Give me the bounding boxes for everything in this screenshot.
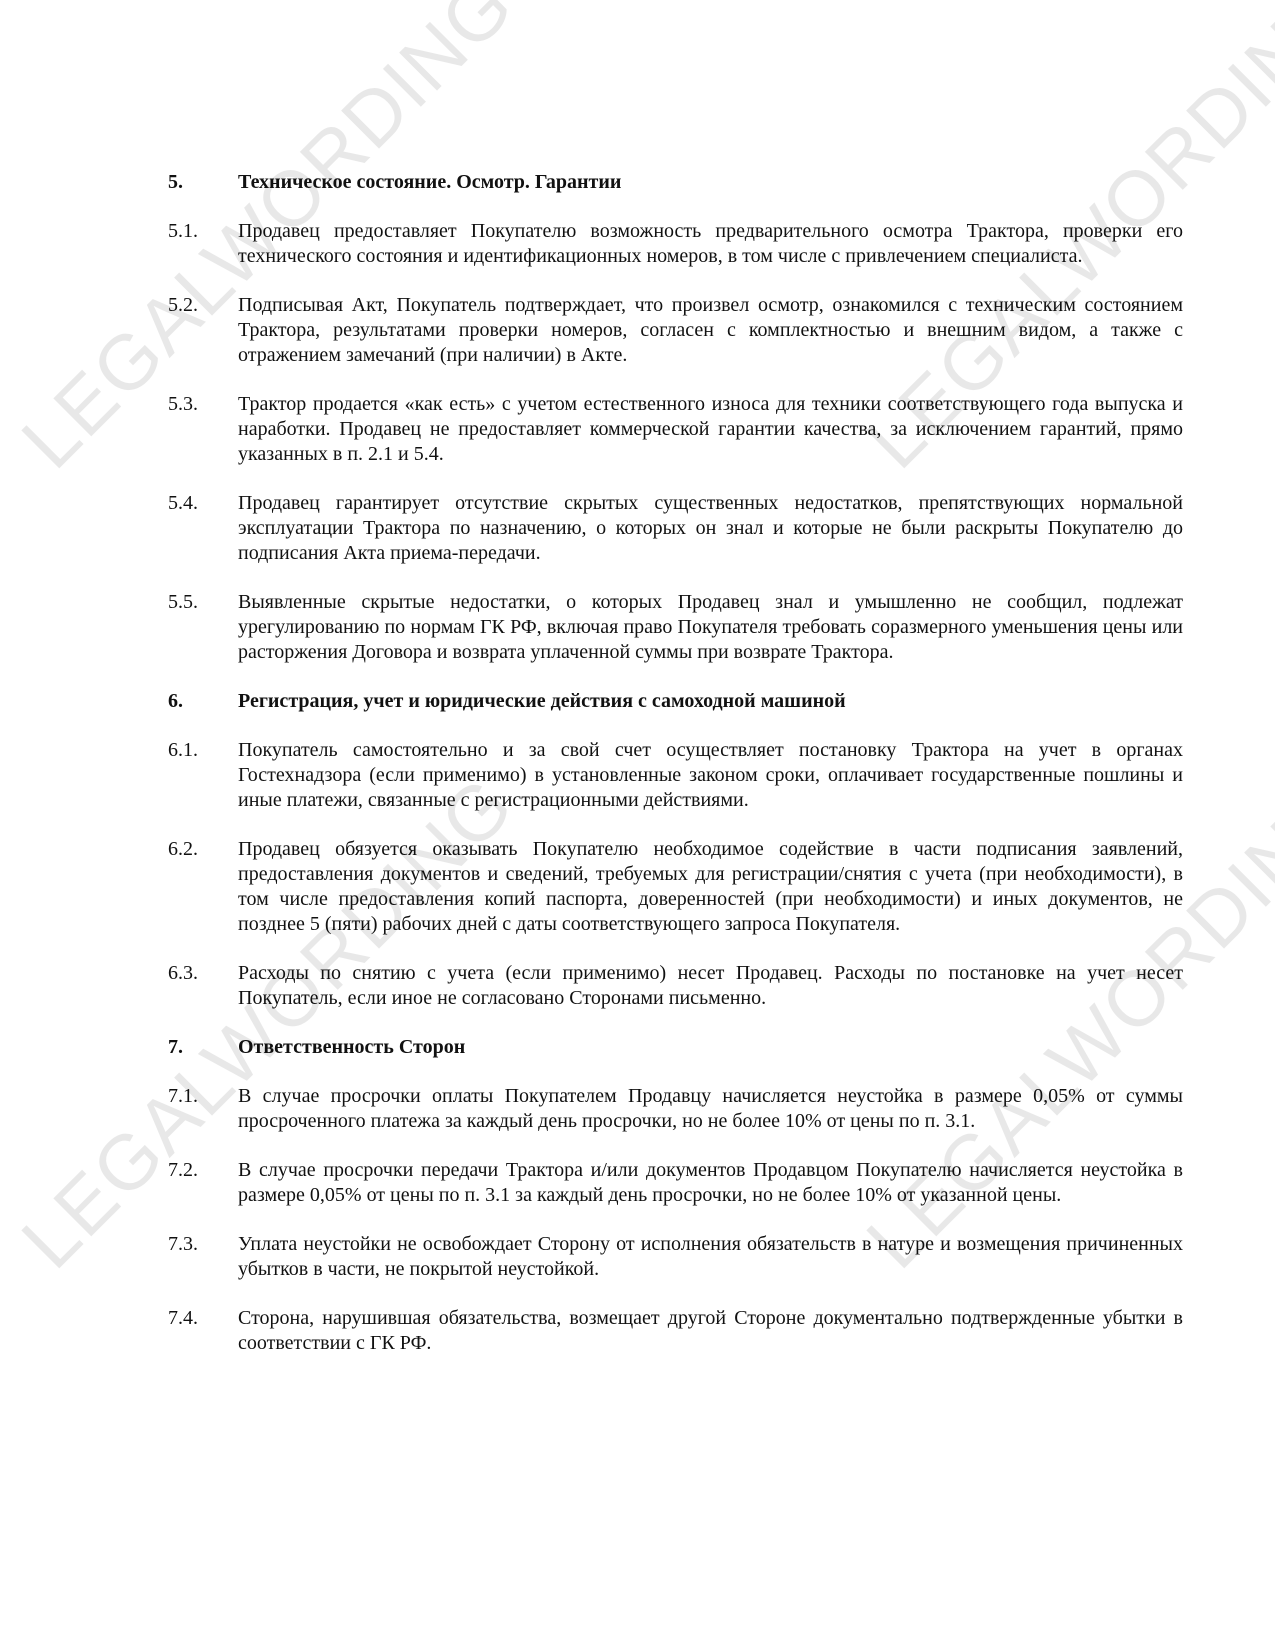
section-heading-5: 5. Техническое состояние. Осмотр. Гарант… [168, 170, 1183, 195]
clause-5-4: 5.4. Продавец гарантирует отсутствие скр… [168, 491, 1183, 566]
section-title: Ответственность Сторон [238, 1035, 1183, 1060]
clause-text: Продавец предоставляет Покупателю возмож… [238, 219, 1183, 269]
clause-7-4: 7.4. Сторона, нарушившая обязательства, … [168, 1306, 1183, 1356]
clause-text: Продавец обязуется оказывать Покупателю … [238, 837, 1183, 937]
clause-6-1: 6.1. Покупатель самостоятельно и за свой… [168, 738, 1183, 813]
clause-7-1: 7.1. В случае просрочки оплаты Покупател… [168, 1084, 1183, 1134]
clause-text: Уплата неустойки не освобождает Сторону … [238, 1232, 1183, 1282]
section-number: 7. [168, 1035, 238, 1060]
clause-text: В случае просрочки оплаты Покупателем Пр… [238, 1084, 1183, 1134]
clause-6-2: 6.2. Продавец обязуется оказывать Покупа… [168, 837, 1183, 937]
section-number: 5. [168, 170, 238, 195]
section-heading-6: 6. Регистрация, учет и юридические дейст… [168, 689, 1183, 714]
clause-text: В случае просрочки передачи Трактора и/и… [238, 1158, 1183, 1208]
clause-number: 6.3. [168, 961, 238, 1011]
clause-text: Покупатель самостоятельно и за свой счет… [238, 738, 1183, 813]
clause-text: Выявленные скрытые недостатки, о которых… [238, 590, 1183, 665]
clause-5-3: 5.3. Трактор продается «как есть» с учет… [168, 392, 1183, 467]
clause-number: 7.3. [168, 1232, 238, 1282]
clause-number: 6.1. [168, 738, 238, 813]
section-number: 6. [168, 689, 238, 714]
clause-5-5: 5.5. Выявленные скрытые недостатки, о ко… [168, 590, 1183, 665]
clause-number: 7.4. [168, 1306, 238, 1356]
clause-text: Трактор продается «как есть» с учетом ес… [238, 392, 1183, 467]
clause-number: 7.2. [168, 1158, 238, 1208]
clause-7-2: 7.2. В случае просрочки передачи Трактор… [168, 1158, 1183, 1208]
document-page: LEGALWORDING LEGALWORDING LEGALWORDING L… [0, 0, 1275, 1651]
section-heading-7: 7. Ответственность Сторон [168, 1035, 1183, 1060]
clause-number: 6.2. [168, 837, 238, 937]
clause-number: 5.4. [168, 491, 238, 566]
clause-7-3: 7.3. Уплата неустойки не освобождает Сто… [168, 1232, 1183, 1282]
clause-text: Продавец гарантирует отсутствие скрытых … [238, 491, 1183, 566]
clause-5-2: 5.2. Подписывая Акт, Покупатель подтверж… [168, 293, 1183, 368]
clause-number: 5.2. [168, 293, 238, 368]
clause-5-1: 5.1. Продавец предоставляет Покупателю в… [168, 219, 1183, 269]
document-body: 5. Техническое состояние. Осмотр. Гарант… [168, 170, 1183, 1380]
clause-text: Подписывая Акт, Покупатель подтверждает,… [238, 293, 1183, 368]
clause-6-3: 6.3. Расходы по снятию с учета (если при… [168, 961, 1183, 1011]
clause-number: 5.5. [168, 590, 238, 665]
clause-number: 7.1. [168, 1084, 238, 1134]
clause-number: 5.3. [168, 392, 238, 467]
section-title: Регистрация, учет и юридические действия… [238, 689, 1183, 714]
clause-text: Расходы по снятию с учета (если применим… [238, 961, 1183, 1011]
section-title: Техническое состояние. Осмотр. Гарантии [238, 170, 1183, 195]
clause-text: Сторона, нарушившая обязательства, возме… [238, 1306, 1183, 1356]
clause-number: 5.1. [168, 219, 238, 269]
